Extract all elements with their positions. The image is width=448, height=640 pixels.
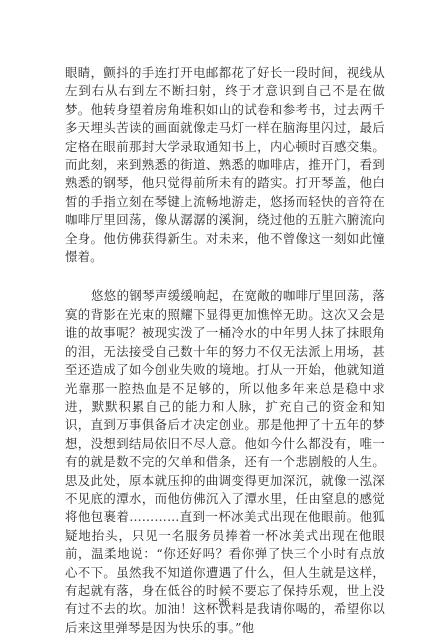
paragraph-1: 眼睛，颤抖的手连打开电邮都花了好长一段时间，视线从左到右从右到左不断扫射，终于才…: [65, 64, 385, 266]
body-text: 眼睛，颤抖的手连打开电邮都花了好长一段时间，视线从左到右从右到左不断扫射，终于才…: [65, 64, 385, 637]
paragraph-spacer: [65, 266, 385, 287]
page-number: 96: [0, 596, 448, 608]
document-page: 眼睛，颤抖的手连打开电邮都花了好长一段时间，视线从左到右从右到左不断扫射，终于才…: [0, 0, 448, 640]
paragraph-2: 悠悠的钢琴声缓缓响起，在宽敞的咖啡厅里回荡，落寞的背影在光束的照耀下显得更加憔悴…: [65, 287, 385, 637]
